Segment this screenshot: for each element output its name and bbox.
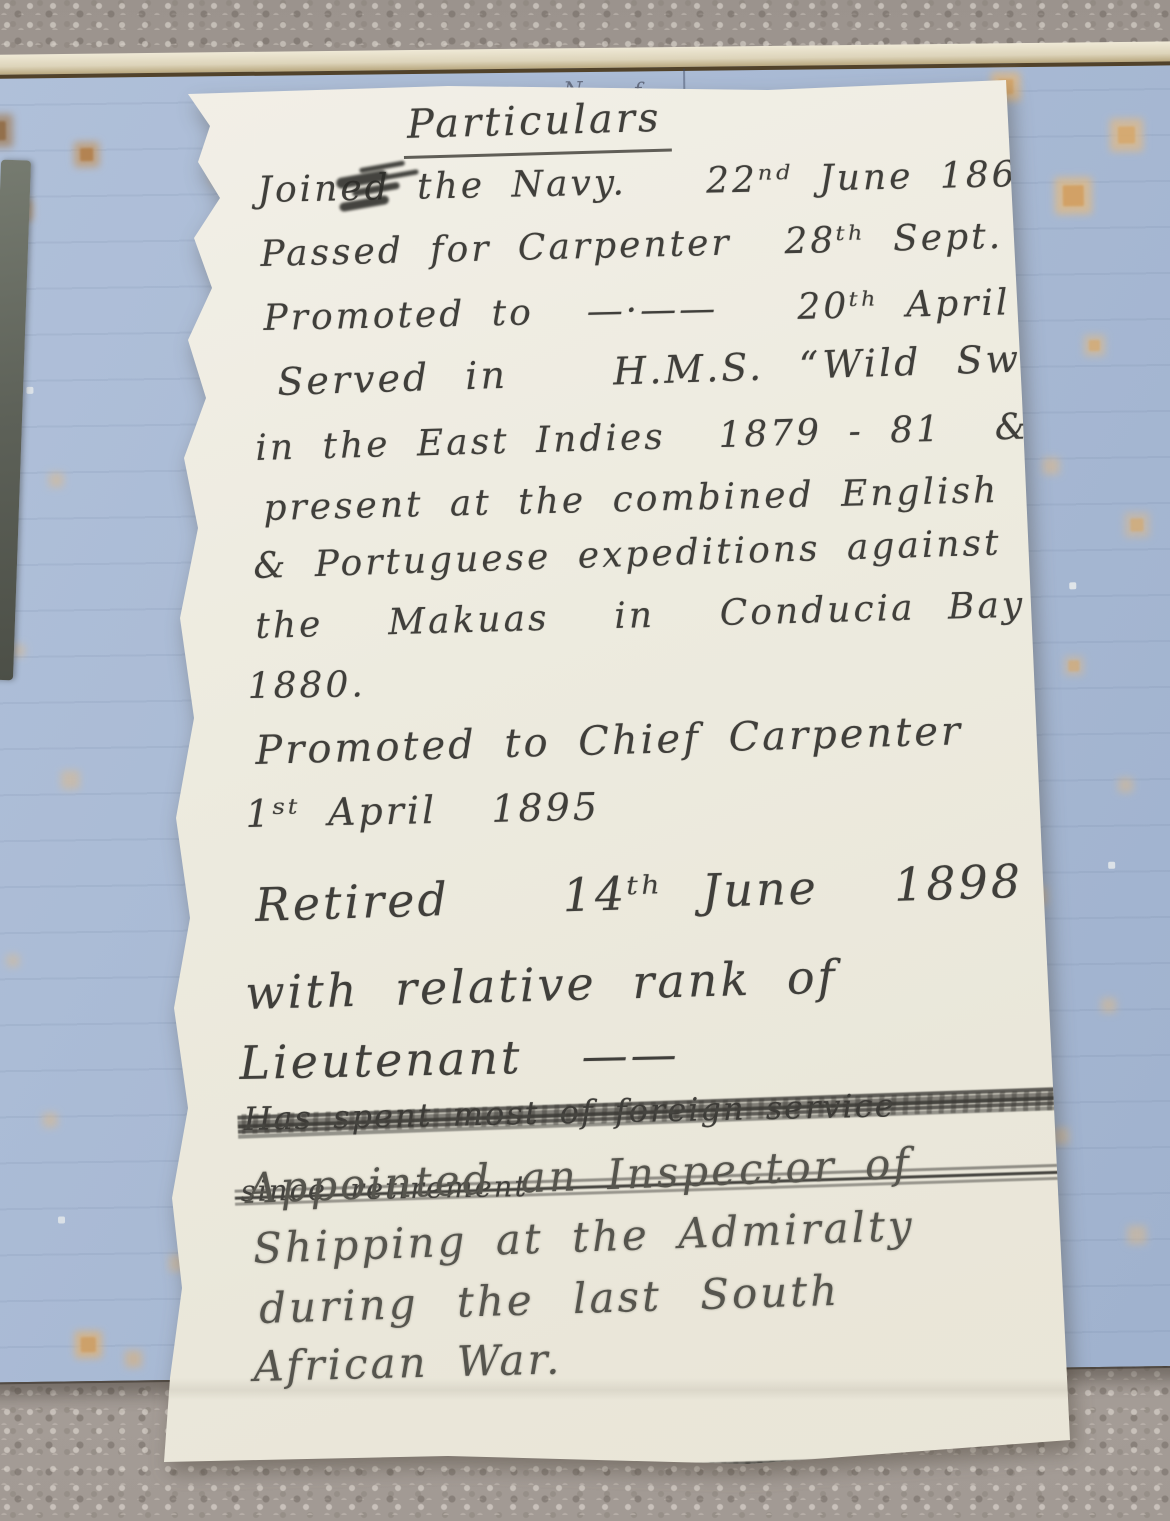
handwritten-line: with relative rank of: [244, 949, 838, 1020]
handwritten-line: Shipping at the Admiralty: [252, 1201, 915, 1273]
handwritten-line: in the East Indies 1879 - 81 &: [255, 406, 1031, 469]
handwritten-line: Promoted to —·—— 20ᵗʰ April 1876: [263, 280, 1141, 339]
handwritten-line: Promoted to Chief Carpenter: [255, 708, 964, 774]
handwritten-line: the Makuas in Conducia Bay: [255, 585, 1026, 647]
handwritten-line: present at the combined English: [263, 470, 1000, 529]
handwritten-line: Passed for Carpenter 28ᵗʰ Sept. 1870.: [260, 212, 1148, 275]
handwritten-line: 1880.: [247, 664, 366, 707]
handwritten-line: Retired 14ᵗʰ June 1898: [254, 854, 1024, 932]
document-title: Particulars: [402, 95, 672, 159]
handwritten-line-struck: Haste: [205, 1446, 1136, 1502]
paper-surface: Particulars Joined the Navy. 22ⁿᵈ June 1…: [148, 78, 1078, 1474]
handwritten-line: African War.: [253, 1334, 563, 1391]
book-top-edge: [0, 41, 1170, 79]
photo-of-document: N f Particulars Joined the Navy. 22ⁿᵈ Ju…: [0, 0, 1170, 1521]
handwritten-line: Served in H.M.S. “Wild Swan”: [277, 334, 1098, 404]
handwritten-line: Lieutenant ——: [239, 1027, 680, 1090]
handwritten-line: 1ˢᵗ April 1895: [245, 785, 600, 836]
handwritten-line-struck: Has spent most of foreign service: [243, 1081, 1170, 1138]
handwritten-line: & Portuguese expeditions against: [253, 523, 1002, 587]
handwritten-line: during the last South: [258, 1266, 840, 1333]
torn-paper-sheet: Particulars Joined the Navy. 22ⁿᵈ June 1…: [148, 78, 1078, 1474]
